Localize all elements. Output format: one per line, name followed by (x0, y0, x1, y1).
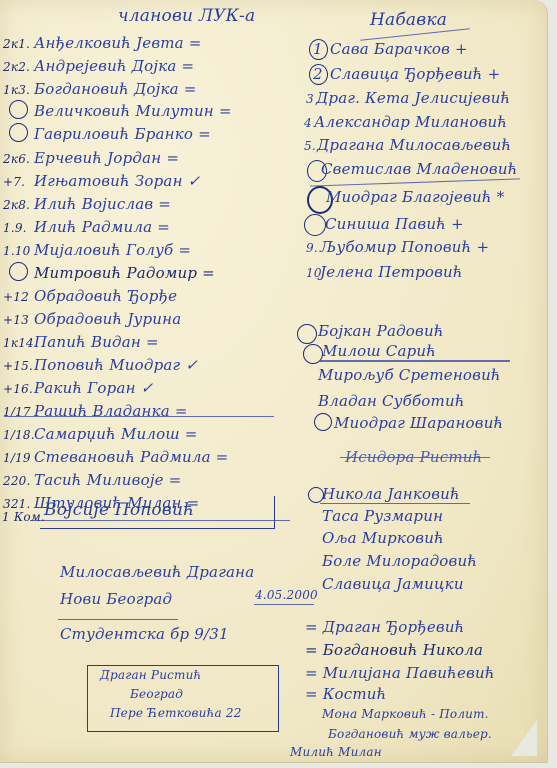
list-item: = Костић (305, 685, 387, 703)
underline (310, 178, 520, 186)
date-underline (254, 604, 314, 605)
list-item: Обрадовић Ђорђе (34, 287, 177, 305)
list-item: Јелена Петровић (320, 263, 463, 281)
list-item: Никола Јанковић (322, 485, 460, 503)
list-item: Љубомир Поповић + (320, 238, 489, 256)
address-line-2: Нови Београд (60, 590, 172, 608)
list-item: Обрадовић Јурина (34, 310, 181, 328)
list-number: 3 (306, 92, 314, 106)
list-number: +7. (3, 175, 25, 189)
list-item: Стевановић Радмила = (34, 448, 228, 466)
underline (320, 360, 510, 362)
list-item: Мирољуб Сретеновић (318, 366, 501, 384)
address-line-3: Студентска бр 9/31 (60, 625, 229, 643)
list-item: Ерчевић Јордан = (34, 149, 179, 167)
list-item: Митровић Радомир = (34, 264, 215, 282)
date: 4.05.2000 (255, 588, 318, 602)
underline (58, 619, 178, 620)
list-item: Гавриловић Бранко = (34, 125, 211, 143)
list-item: Игњатовић Зоран ✓ (34, 172, 200, 190)
list-number: 220. (3, 474, 31, 488)
list-item: Славица Ђорђевић + (330, 65, 500, 83)
list-number: 2к2. (3, 60, 30, 74)
list-number: 2к8. (3, 198, 30, 212)
list-item: Светислав Младеновић (321, 160, 518, 178)
strike-line (4, 416, 274, 417)
list-item: Александар Милановић (314, 113, 507, 131)
list-item: Ракић Горан ✓ (34, 379, 153, 397)
list-item: = Богдановић Никола (305, 641, 483, 659)
list-number: +16. (3, 382, 33, 396)
list-item: = Драган Ђорђевић (305, 618, 465, 636)
list-item: Самарџић Милош = (34, 425, 198, 443)
list-item: Милић Милан (290, 745, 382, 759)
list-number: 1к3. (3, 83, 30, 97)
list-item: Тасић Миливоје = (34, 471, 182, 489)
boxed-line-1: Драган Ристић (100, 668, 202, 682)
underline (320, 503, 470, 504)
list-number: 321. (3, 497, 31, 511)
circle-mark (9, 123, 28, 142)
list-item: Рашић Владанка = (34, 402, 188, 420)
list-item: Владан Субботић (318, 392, 465, 410)
list-item: Таса Рузмарин (322, 507, 443, 525)
paper-sheet: чланови ЛУК-а Набавка 2к1. Анђелковић Је… (0, 0, 548, 763)
list-item: = Милијана Павићевић (305, 664, 495, 682)
list-item: Бојкан Радовић (318, 322, 444, 340)
list-number: 1.9. (3, 221, 27, 235)
list-item: Боле Милорадовић (322, 552, 477, 570)
list-item: Богдановић Дојка = (34, 80, 197, 98)
list-item: Андрејевић Дојка = (34, 57, 194, 75)
header-underline (360, 28, 470, 40)
list-item: Драгана Милосављевић (317, 136, 511, 154)
list-item: Славица Јамицки (322, 575, 464, 593)
list-item: Поповић Миодраг ✓ (34, 356, 198, 374)
list-number: 5. (304, 139, 316, 153)
list-item: Миодраг Шарановић (334, 414, 503, 432)
boxed-line-3: Пере Ћетковића 22 (110, 706, 242, 720)
list-number: 1/18. (3, 428, 35, 442)
list-item: Милош Сарић (322, 342, 436, 360)
strike-line (340, 457, 490, 458)
list-item: Драг. Кета Јелисијевић (316, 89, 510, 107)
list-number: 2 (313, 65, 323, 83)
list-number: 1к14. (3, 336, 38, 350)
folded-corner (511, 720, 537, 756)
circle-mark (9, 100, 28, 119)
circle-mark (9, 262, 28, 281)
kom-name: Војсије Поповић (44, 500, 194, 520)
list-item: Илић Радмила = (34, 218, 170, 236)
right-header: Набавка (370, 10, 447, 30)
list-item: Оља Мирковић (322, 529, 444, 547)
list-item: Миодраг Благојевић * (326, 188, 504, 206)
list-number: +12 (3, 290, 29, 304)
list-number: 1 (313, 40, 323, 58)
circle-mark (297, 324, 317, 344)
list-number: 1/19 (3, 451, 31, 465)
left-header: чланови ЛУК-а (118, 6, 255, 26)
list-item: Мона Марковић - Полит. (322, 707, 489, 721)
circle-mark (304, 214, 326, 236)
list-item: Величковић Милутин = (34, 102, 232, 120)
list-number: 1.10 (3, 244, 31, 258)
list-number: 4 (304, 116, 312, 130)
list-item: Анђелковић Јевта = (34, 34, 202, 52)
list-item: Богдановић муж вальер. (328, 727, 492, 741)
circle-mark (314, 413, 332, 431)
boxed-line-2: Београд (130, 687, 183, 701)
list-item: Сава Барачков + (330, 40, 468, 58)
kom-label: 1 Ком. (2, 510, 45, 524)
address-line-1: Милосављевић Драгана (60, 563, 254, 581)
list-item: Папић Видан = (34, 333, 159, 351)
list-number: +15. (3, 359, 33, 373)
list-number: +13 (3, 313, 29, 327)
list-number: 2к6. (3, 152, 30, 166)
list-item: Синиша Павић + (325, 215, 464, 233)
list-item: Мијаловић Голуб = (34, 241, 191, 259)
list-item: Илић Војислав = (34, 195, 171, 213)
list-number: 9. (306, 241, 318, 255)
list-number: 2к1. (3, 37, 30, 51)
